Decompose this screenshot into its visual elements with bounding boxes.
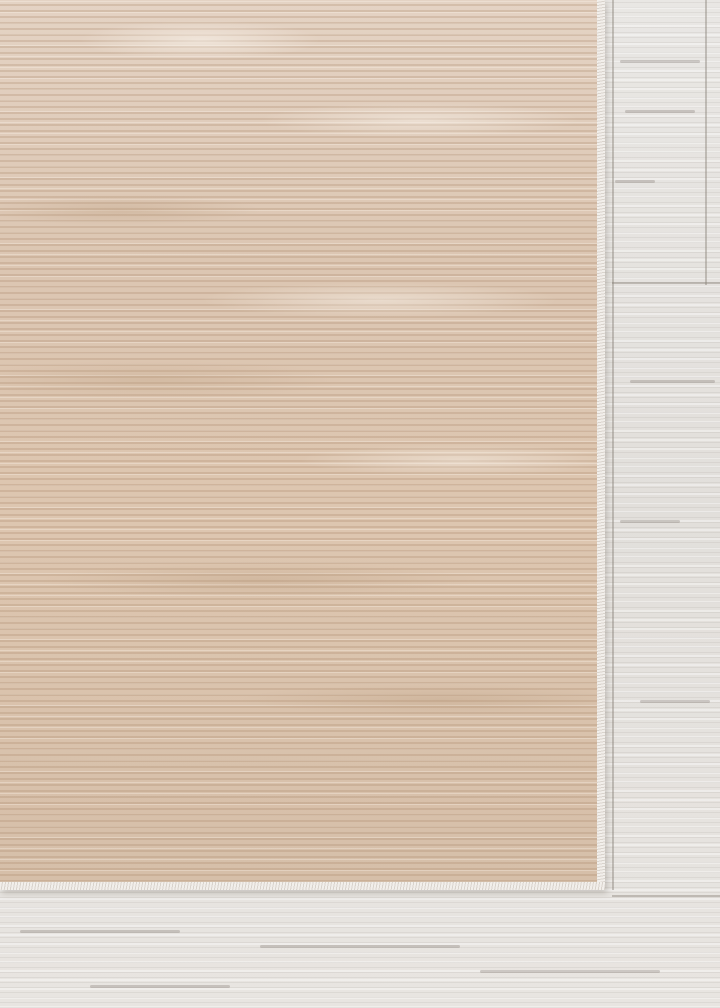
plank-seam xyxy=(612,895,720,897)
rug-pile-texture xyxy=(0,0,597,882)
wood-grain xyxy=(615,180,655,183)
wood-grain xyxy=(630,380,715,383)
plank-seam xyxy=(612,282,720,284)
plank-seam xyxy=(612,0,614,890)
wood-grain xyxy=(625,110,695,113)
rug-binding-edge-right xyxy=(597,0,605,890)
rug-mottle xyxy=(0,0,597,882)
plank-seam xyxy=(705,0,707,285)
wood-grain xyxy=(20,930,180,933)
wood-grain xyxy=(620,520,680,523)
area-rug xyxy=(0,0,605,890)
rug-binding-edge-bottom xyxy=(0,882,605,890)
wood-grain xyxy=(480,970,660,973)
wood-grain xyxy=(260,945,460,948)
wood-grain xyxy=(640,700,710,703)
wood-grain xyxy=(90,985,230,988)
wood-grain xyxy=(620,60,700,63)
